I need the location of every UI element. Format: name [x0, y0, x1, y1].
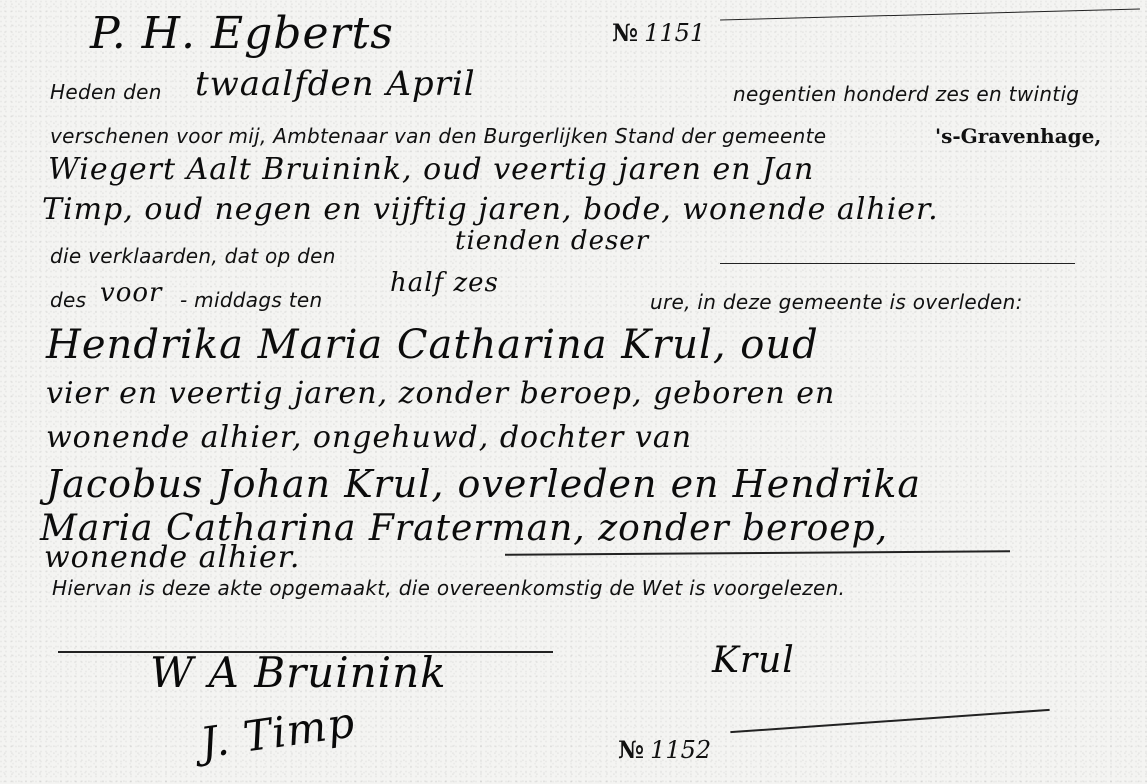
signature-declarant-2: J. Timp — [197, 697, 358, 767]
printed-closing-statement: Hiervan is deze akte opgemaakt, die over… — [52, 576, 845, 600]
handwritten-day: tienden deser — [455, 226, 649, 256]
number-symbol: № — [612, 18, 638, 47]
printed-die-verklaarden: die verklaarden, dat op den — [50, 244, 336, 268]
printed-year: negentien honderd zes en twintig — [733, 82, 1079, 106]
official-signature-rule — [730, 709, 1049, 733]
handwritten-witnesses-line-2: Timp, oud negen en vijftig jaren, bode, … — [42, 192, 939, 227]
official-name-header: P. H. Egberts — [90, 8, 394, 59]
record-number: №1151 — [612, 18, 705, 47]
number-symbol: № — [618, 735, 644, 764]
line-5-filler-rule — [720, 263, 1075, 264]
printed-verschenen: verschenen voor mij, Ambtenaar van den B… — [50, 124, 826, 148]
printed-des: des — [50, 288, 86, 312]
handwritten-deceased-name: Hendrika Maria Catharina Krul, oud — [46, 322, 819, 368]
next-record-number: №1152 — [618, 735, 711, 764]
header-rule — [720, 9, 1140, 21]
handwritten-date: twaalfden April — [195, 64, 476, 104]
printed-middags-ten: - middags ten — [180, 288, 322, 312]
next-record-number-value: 1152 — [650, 736, 711, 764]
closing-filler-rule — [505, 550, 1010, 556]
death-certificate-page: P. H. Egberts №1151 Heden den twaalfden … — [0, 0, 1147, 784]
handwritten-voor: voor — [100, 278, 162, 308]
printed-overleden: ure, in deze gemeente is overleden: — [650, 290, 1023, 314]
handwritten-deceased-details-1: vier en veertig jaren, zonder beroep, ge… — [46, 376, 835, 411]
printed-municipality: 's-Gravenhage, — [935, 124, 1101, 148]
handwritten-time: half zes — [390, 268, 499, 298]
handwritten-residence: wonende alhier. — [44, 540, 300, 575]
handwritten-parents-1: Jacobus Johan Krul, overleden en Hendrik… — [46, 462, 921, 506]
handwritten-deceased-details-2: wonende alhier, ongehuwd, dochter van — [46, 420, 692, 455]
record-number-value: 1151 — [644, 19, 705, 47]
handwritten-witnesses-line-1: Wiegert Aalt Bruinink, oud veertig jaren… — [48, 152, 814, 187]
printed-heden-den: Heden den — [50, 80, 162, 104]
signature-official: Krul — [712, 640, 795, 681]
signature-declarant-1: W A Bruinink — [150, 648, 447, 697]
